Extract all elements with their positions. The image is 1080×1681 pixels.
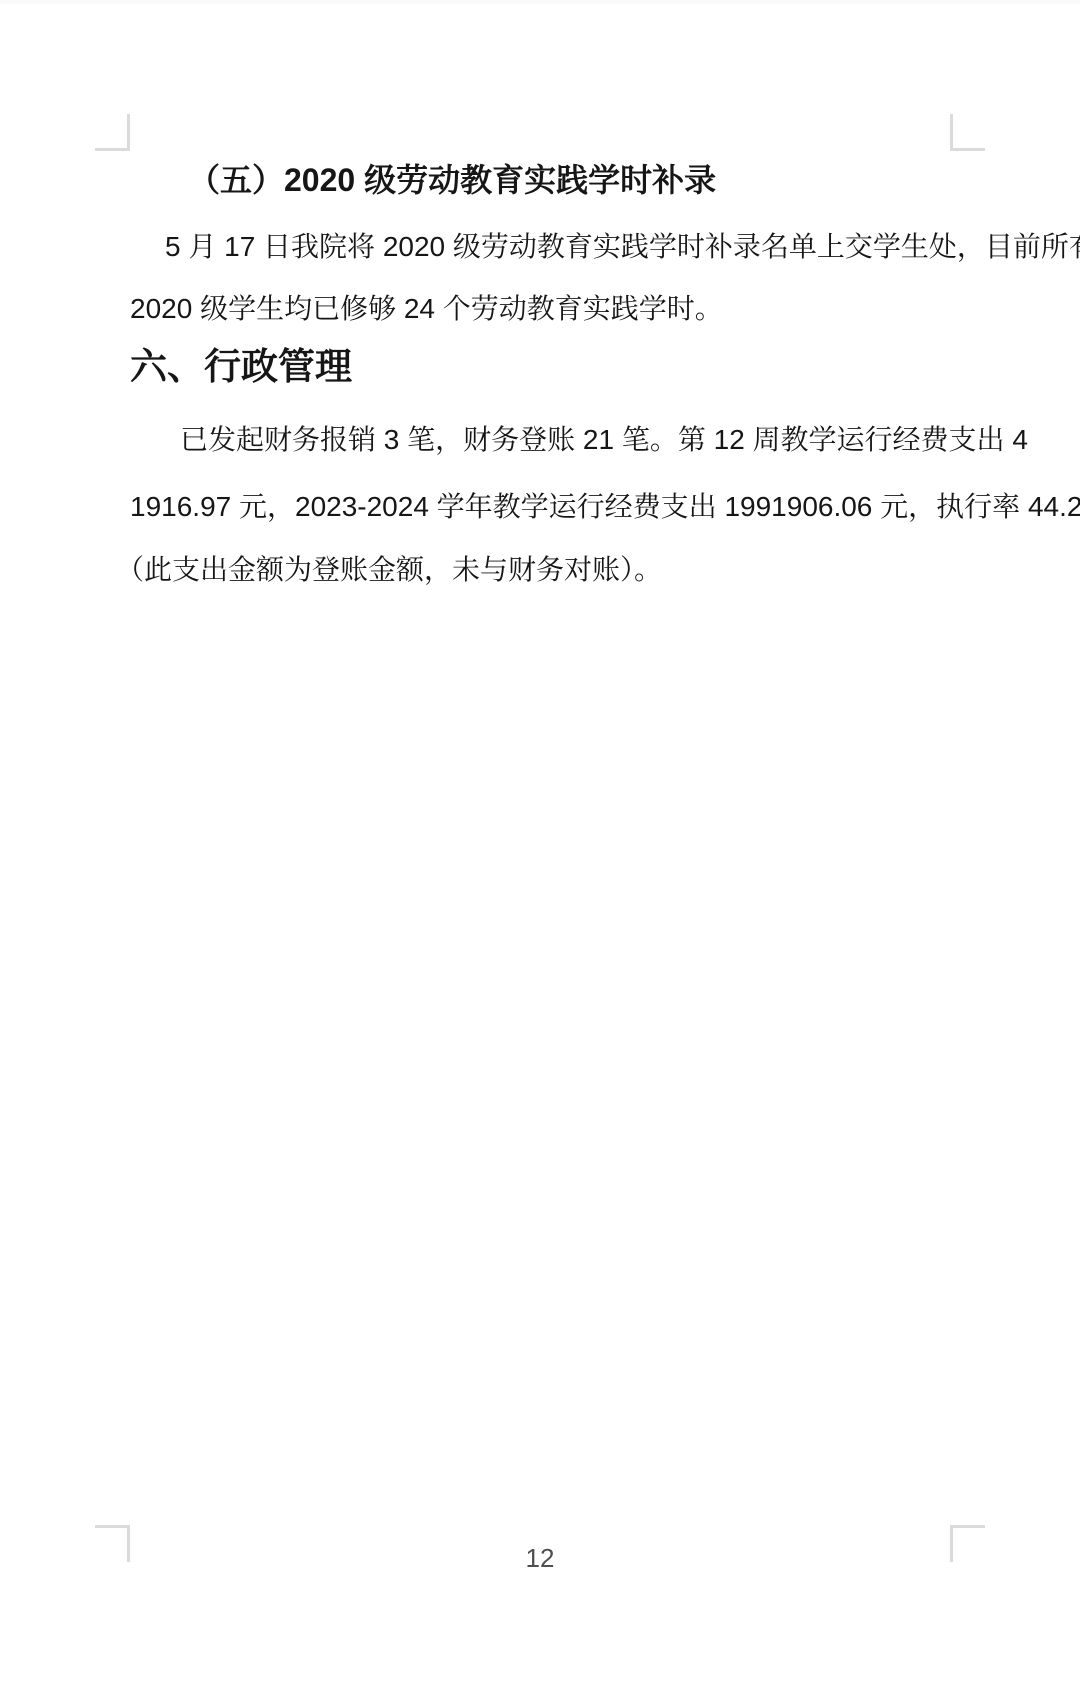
text-boundary-mark-top-left xyxy=(95,114,130,151)
section-6-heading: 六、行政管理 xyxy=(130,344,950,390)
section-5-heading: （五）2020 级劳动教育实践学时补录 xyxy=(130,159,950,201)
section-6-paragraph-line-1: 已发起财务报销 3 笔，财务登账 21 笔。第 12 周教学运行经费支出 4 xyxy=(130,421,950,459)
section-6-paragraph-line-3: （此支出金额为登账金额，未与财务对账）。 xyxy=(116,551,936,589)
section-6-paragraph-line-2: 1916.97 元，2023-2024 学年教学运行经费支出 1991906.0… xyxy=(130,488,950,526)
section-5-paragraph-line-2: 2020 级学生均已修够 24 个劳动教育实践学时。 xyxy=(130,290,950,328)
page-number: 12 xyxy=(0,1542,1080,1574)
text-boundary-mark-top-right xyxy=(950,114,985,151)
section-5-paragraph-line-1: 5 月 17 日我院将 2020 级劳动教育实践学时补录名单上交学生处，目前所有 xyxy=(130,228,950,266)
document-page: （五）2020 级劳动教育实践学时补录 5 月 17 日我院将 2020 级劳动… xyxy=(0,0,1080,1681)
